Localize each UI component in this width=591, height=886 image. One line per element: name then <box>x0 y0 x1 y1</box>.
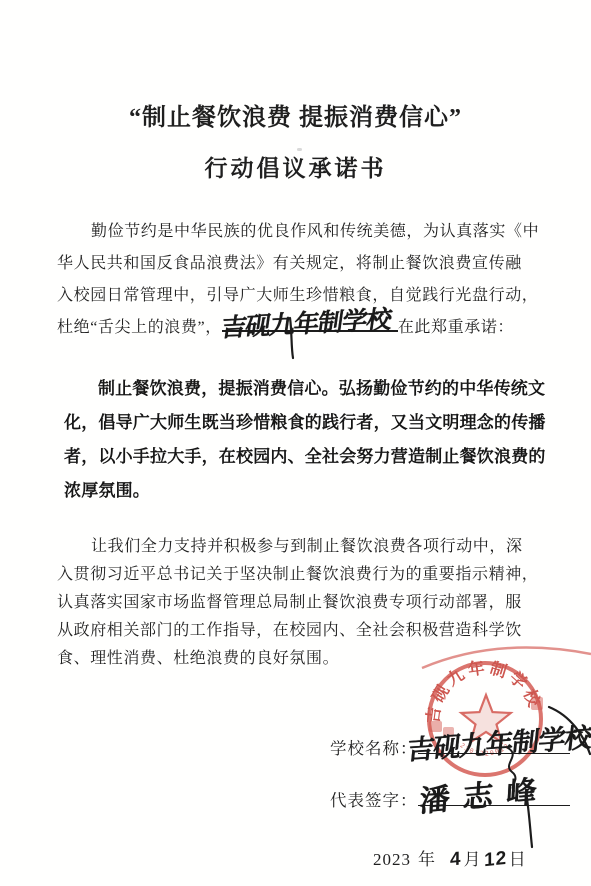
scan-smudge <box>297 148 302 151</box>
text-line: 入贯彻习近平总书记关于坚决制止餐饮浪费行为的重要指示精神， <box>57 561 539 589</box>
pledge-document-page: “制止餐饮浪费 提振消费信心” 行动倡议承诺书 勤俭节约是中华民族的优良作风和传… <box>0 0 591 886</box>
date-year: 2023 <box>373 850 411 870</box>
date-year-unit: 年 <box>418 845 436 870</box>
seal-ink-smudge <box>531 697 543 710</box>
text-line: 让我们全力支持并积极参与到制止餐饮浪费各项行动中，深 <box>57 533 539 561</box>
document-title-line1: “制止餐饮浪费 提振消费信心” <box>0 97 591 132</box>
text-line-with-blank: 杜绝“舌尖上的浪费”，吉砚九年制学校在此郑重承诺： <box>57 312 539 344</box>
paragraph-intro: 勤俭节约是中华民族的优良作风和传统美德，为认真落实《中 华人民共和国反食品浪费法… <box>57 216 539 344</box>
school-name-row: 学校名称：吉砚九年制学校 <box>330 735 570 759</box>
text-line: 勤俭节约是中华民族的优良作风和传统美德，为认真落实《中 <box>57 216 539 248</box>
blank-suffix-text: 在此郑重承诺： <box>398 319 514 336</box>
blank-prefix-text: 杜绝“舌尖上的浪费”， <box>57 319 222 336</box>
seal-ink-smudge <box>429 721 442 732</box>
school-name-blank-line: 吉砚九年制学校 <box>222 314 398 332</box>
text-line: 从政府相关部门的工作指导，在校园内、全社会积极营造科学饮 <box>57 617 539 645</box>
text-line: 者，以小手拉大手，在校园内、全社会努力营造制止餐饮浪费的 <box>64 440 539 474</box>
text-line: 制止餐饮浪费，提振消费信心。弘扬勤俭节约的中华传统文 <box>64 372 539 406</box>
handwritten-day: 12 <box>484 848 507 873</box>
school-name-line: 吉砚九年制学校 <box>418 735 570 754</box>
text-line: 化，倡导广大师生既当珍惜粮食的践行者，又当文明理念的传播 <box>64 406 539 440</box>
text-line: 华人民共和国反食品浪费法》有关规定，将制止餐饮浪费宣传融 <box>57 248 539 280</box>
date-day-unit: 日 <box>509 845 527 870</box>
handwritten-school-name-inline: 吉砚九年制学校 <box>219 308 392 342</box>
handwritten-month: 4 <box>450 848 462 871</box>
date-month-unit: 月 <box>464 845 482 870</box>
representative-signature-line: 潘志峰 <box>418 787 570 806</box>
representative-signature-row: 代表签字：潘志峰 <box>330 787 570 811</box>
text-line: 入校园日常管理中，引导广大师生珍惜粮食，自觉践行光盘行动， <box>57 280 539 312</box>
paragraph-pledge-bold: 制止餐饮浪费，提振消费信心。弘扬勤俭节约的中华传统文 化，倡导广大师生既当珍惜粮… <box>64 372 539 508</box>
text-line: 认真落实国家市场监督管理总局制止餐饮浪费专项行动部署，服 <box>57 589 539 617</box>
date-line: 2023 年 4 月 12 日 <box>373 845 527 871</box>
document-title-line2: 行动倡议承诺书 <box>0 150 591 183</box>
text-line: 浓厚氛围。 <box>64 474 539 508</box>
